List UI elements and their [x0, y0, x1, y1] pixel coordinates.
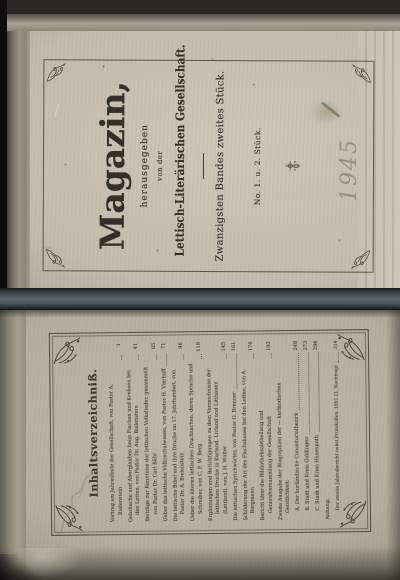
toc-dot-leader	[318, 353, 320, 432]
toc-entry-title: Ergänzungen und Berichtigungen zu dem Ve…	[206, 362, 230, 521]
toc-entry-row: Die lettische Bibel und ihre Drucke im 1…	[170, 342, 187, 521]
toc-dot-leader	[226, 354, 227, 359]
toc-entry-row: B. Stadt und Kreis Goldingen273	[303, 341, 313, 511]
toc-entries: Vortrag am Jahresfeste der Gesellschaft,…	[108, 340, 343, 522]
toc-page-number: 193	[265, 341, 273, 351]
toc-page-number: 96	[178, 342, 186, 352]
cover-title: Magazin,	[96, 61, 130, 271]
toc-entry-title: Zweite Ausgabe der Biographien der — kur…	[276, 355, 293, 520]
toc-entry-row: Anhang:	[323, 341, 333, 520]
toc-page-number: 145	[220, 342, 228, 352]
toc-entry-row: A. Der kurländische Consistorialbezirk24…	[293, 341, 303, 511]
toc-entry-title: Ueber das lettische Volksschulwesen, von…	[161, 368, 170, 521]
foxing-specks	[7, 14, 8, 15]
toc-entry-title: Beiträge zur Kenntniss der lettischen Vo…	[143, 363, 160, 522]
toc-dot-leader	[166, 355, 167, 366]
toc-page-number: 248	[293, 341, 301, 351]
toc-entry-title: Vortrag am Jahresfeste der Gesellschaft,…	[108, 363, 125, 522]
toc-dot-leader	[201, 354, 202, 359]
toc-entry-title: A. Der kurländische Consistorialbezirk	[294, 413, 303, 511]
toc-dot-leader	[121, 355, 122, 360]
toc-page-number: 1	[115, 343, 123, 353]
toc-entry-row: Ueber die älteren lettischen Drucksachen…	[188, 342, 205, 521]
toc-page-number: 65	[150, 343, 158, 353]
toc-entry-title: Der zweite Jahresbericht nebst Protokoll…	[333, 365, 342, 510]
toc-entry-title: Gebräuche und Aberglauben beim Fischen u…	[126, 363, 143, 522]
toc-entry-title: Ueber die älteren lettischen Drucksachen…	[188, 362, 205, 521]
cover-issue-line: No. 1. u. 2. Stück.	[253, 61, 263, 271]
toc-page-number: 314	[333, 340, 341, 350]
toc-entry-row: Der zweite Jahresbericht nebst Protokoll…	[333, 340, 343, 510]
cover-rule	[203, 153, 204, 179]
toc-dot-leader	[156, 355, 157, 360]
toc-entry-title: B. Stadt und Kreis Goldingen	[304, 437, 312, 511]
toc-entry-title: Anhang:	[325, 498, 333, 519]
corner-shadow	[0, 554, 48, 580]
toc-dot-leader	[236, 354, 237, 389]
toc-entry-row: Die lettischen Sprichwörter, von Pastor …	[230, 342, 240, 521]
cover-edited-line: herausgegeben	[140, 61, 151, 271]
toc-entry-row: Ergänzungen und Berichtigungen zu dem Ve…	[205, 342, 230, 521]
toc-page-number: 176	[248, 341, 256, 351]
right-edge-shadow	[386, 310, 400, 580]
toc-page-photo: Inhaltsverzeichniß. Vortrag am Jahresfes…	[0, 310, 400, 580]
cover-border-frame: Magazin, herausgegeben von der Lettisch-…	[43, 59, 375, 272]
page-top-shadow	[0, 310, 400, 318]
toc-page-number: 294	[313, 341, 321, 351]
toc-entry-row: Ueber das lettische Volksschulwesen, von…	[160, 343, 170, 522]
book-cover-photo: Magazin, herausgegeben von der Lettisch-…	[0, 0, 400, 288]
toc-entry-title: Bericht über die Bibliotheksabtheilung u…	[258, 361, 275, 520]
toc-entry-row: Beiträge zur Kenntniss der lettischen Vo…	[143, 343, 160, 522]
book-spine-edge	[7, 14, 30, 288]
toc-entry-title: Die lettische Bibel und ihre Drucke im 1…	[171, 362, 188, 521]
table-surface-band	[0, 288, 400, 310]
toc-page-number: 273	[303, 341, 311, 351]
toc-dot-leader	[298, 353, 300, 410]
cover-society-line: Lettisch-Literärischen Gesellschaft.	[173, 44, 188, 256]
printer-ornament-icon	[284, 61, 306, 271]
toc-entry-row: Zweite Ausgabe der Biographien der — kur…	[275, 341, 292, 520]
toc-page-number: 161	[230, 342, 238, 352]
toc-dot-leader	[308, 353, 310, 434]
toc-page-number: 41	[133, 343, 141, 353]
toc-page-number: 118	[195, 342, 203, 352]
toc-dot-leader	[338, 352, 339, 362]
cover-volume-line: Zwanzigsten Bandes zweites Stück.	[215, 61, 227, 271]
toc-dot-leader	[183, 354, 184, 359]
toc-page-number: 71	[160, 343, 168, 353]
background-shadow	[0, 0, 7, 288]
toc-entry-row: Schilderung der Art des Flachsbaues bei …	[240, 341, 257, 520]
page-block-edge	[0, 310, 26, 580]
toc-entry-row: C. Stadt und Kreis Hasenpoth294	[313, 341, 323, 511]
book-photo-stage: Magazin, herausgegeben von der Lettisch-…	[0, 0, 400, 580]
toc-dot-leader	[271, 353, 272, 358]
handwritten-year: 1945	[336, 146, 364, 202]
toc-entry-row: Bericht über die Bibliotheksabtheilung u…	[258, 341, 275, 520]
toc-entry-title: Schilderung der Art des Flachsbaues bei …	[241, 361, 258, 520]
cover-title-page: Magazin, herausgegeben von der Lettisch-…	[44, 60, 374, 271]
toc-dot-leader	[253, 353, 254, 358]
toc-entry-row: Gebräuche und Aberglauben beim Fischen u…	[125, 343, 142, 522]
book-top-page-edges	[7, 14, 400, 31]
pencil-scribble-icon	[52, 468, 98, 538]
handwritten-pencil-mark: 5	[44, 234, 58, 252]
toc-entry-title: Die lettischen Sprichwörter, von Pastor …	[231, 392, 240, 521]
toc-entry-row: Vortrag am Jahresfeste der Gesellschaft,…	[108, 343, 125, 522]
toc-entry-title: C. Stadt und Kreis Hasenpoth	[314, 435, 322, 511]
toc-dot-leader	[138, 355, 139, 360]
